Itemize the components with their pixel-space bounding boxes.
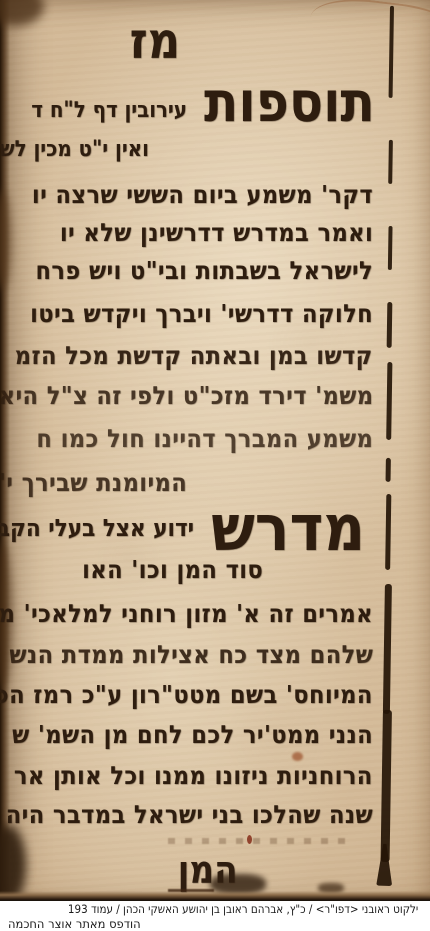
body-line: לישראל בשבתות ובי"ט ויש פרח xyxy=(35,256,373,285)
body-line: הרוחניות ניזונו ממנו וכל אותן אר xyxy=(14,761,373,790)
body-line: משמ' דירד מזכ"ט ולפי זה צ"ל היא xyxy=(0,381,373,410)
rule-segment xyxy=(388,140,393,184)
red-speck xyxy=(247,835,252,844)
tosafot-heading: תוספות xyxy=(204,70,375,135)
rule-segment xyxy=(385,494,391,570)
body-line: ואמר במדרש דדרשינן שלא יו xyxy=(60,218,373,247)
caption-title: ילקוט ראובני <דפו"ר> / כ"ץ, אברהם ראובן … xyxy=(68,902,418,916)
rule-segment xyxy=(387,302,393,348)
gutter-shadow xyxy=(0,0,10,901)
scan-bottom-edge xyxy=(0,891,430,901)
body-line: שנה שהלכו בני ישראל במדבר היה א xyxy=(0,800,373,829)
tosafot-reference-line: עירובין דף ל"ח ד xyxy=(31,98,187,123)
scanned-page: מז תוספות עירובין דף ל"ח ד ואין י"ט מכין… xyxy=(0,0,430,901)
body-line: משמע המברך דהיינו חול כמו ח xyxy=(36,424,373,453)
body-line: קדשו במן ובאתה קדשת מכל הזמ xyxy=(15,341,373,370)
caption-bar: ילקוט ראובני <דפו"ר> / כ"ץ, אברהם ראובן … xyxy=(0,901,430,931)
page-curve-mark xyxy=(308,0,430,59)
rule-segment xyxy=(381,710,392,862)
gutter-stain xyxy=(0,825,26,901)
corner-stain xyxy=(0,0,44,26)
page-scan-viewer: מז תוספות עירובין דף ל"ח ד ואין י"ט מכין… xyxy=(0,0,430,931)
midrash-lead-line: ידוע אצל בעלי הקבל' xyxy=(0,514,194,542)
red-stain xyxy=(292,752,303,761)
catchword: המן xyxy=(178,848,238,892)
caption-source: הודפס מאתר אוצר החכמה xyxy=(8,917,141,931)
body-line: חלוקה דדרשי' ויברך ויקדש ביטו xyxy=(30,299,373,328)
rule-segment xyxy=(388,226,393,270)
rule-segment xyxy=(383,584,392,714)
body-line: דקר' משמע ביום הששי שרצה יו xyxy=(32,180,373,209)
rule-segment xyxy=(386,458,391,482)
body-line: שלהם מצד כח אצילות ממדת הנש xyxy=(9,640,373,669)
rule-segment xyxy=(389,6,394,98)
body-line: הנני ממט'יר לכם לחם מן השמ' ש xyxy=(12,720,373,749)
rule-foot xyxy=(376,844,393,886)
faded-offset-row xyxy=(168,838,353,844)
body-line: אמרים זה א' מזון רוחני למלאכי' מ xyxy=(0,599,373,628)
body-line: המיוחס' בשם מטט"רון ע"כ רמז הכ xyxy=(0,680,373,709)
tosafot-reference-line: ואין י"ט מכין לש xyxy=(0,137,149,162)
body-line: סוד המן וכו' האו xyxy=(82,555,263,584)
rule-segment xyxy=(386,362,392,440)
page-number: מז xyxy=(129,12,180,70)
body-line: המיומנת שבירך י' xyxy=(0,468,187,497)
column-border-rule xyxy=(374,6,404,888)
